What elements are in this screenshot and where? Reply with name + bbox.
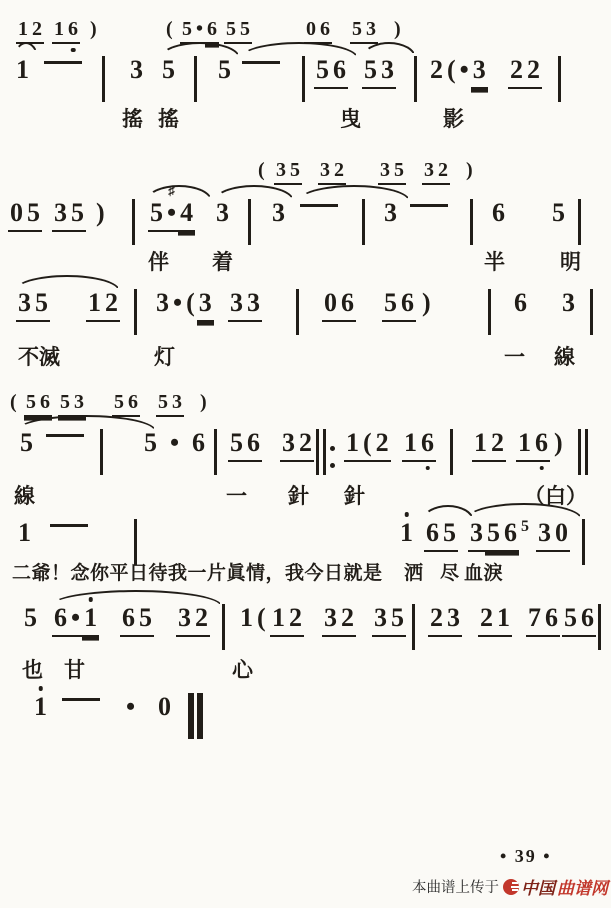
notation-row: 135556532(•322 [0,40,611,112]
note: ) [464,159,475,183]
octave-dot-below [425,466,430,471]
notation-row: 56•165321(12323523217656 [0,588,611,660]
dash-note [44,61,82,65]
note: 6 [331,56,348,89]
note-group: 56 [562,604,596,637]
lyric: 伴 [148,246,169,276]
note-group: ) [94,199,107,230]
note-group: 56 [314,56,348,89]
notation-row: 0535)5•♯433365 [0,183,611,255]
note-group [590,289,593,340]
note: 5 [228,429,245,462]
site-logo: 中国 曲谱网 [503,874,608,899]
note-group [558,56,561,107]
note: 1 [516,429,533,462]
note-group: 35 [16,289,50,322]
note-group: ( [256,159,267,183]
note-group [248,199,251,250]
note-group: 2(•3 [428,56,488,89]
note-group: 3 [128,56,145,87]
barline [470,199,473,250]
note: •♯ [165,199,178,232]
note-group: ) [88,18,99,42]
barline [362,199,365,250]
note-group: • [168,429,181,460]
note-group: 65 [120,604,154,637]
note-group [102,56,105,107]
note-group [44,429,86,447]
lyric: 搖 [158,103,179,133]
note-group [414,56,417,107]
note: 3 [372,604,389,637]
note: 3 [52,199,69,232]
note: 5 [142,429,159,460]
note: 3 [128,56,145,87]
note: 0 [156,693,173,724]
notation-row: 35123•(3330656)63 [0,273,611,345]
lyric: 線 [554,341,575,371]
spoken-text: 尽 [440,558,460,585]
note-group: 32 [322,604,356,637]
notation-row: 55•656321(2161216) [0,413,611,485]
octave-dot-above [404,512,409,517]
note-group: 1 [398,519,415,550]
note-group: 1(2 [344,429,391,462]
note: 5 [562,604,579,637]
note: 6 [512,289,529,320]
note-group: 3 [382,199,399,230]
upload-note: 本曲谱上传于 [412,876,499,897]
note: 6 [424,519,441,552]
lyric: 曳 [340,103,361,133]
note-group: 16 [516,429,550,462]
note-group: 53 [362,56,396,89]
barline [412,604,415,655]
note-group [578,199,581,250]
barline [134,289,137,340]
note: ) [392,18,403,42]
note-group: 5 [216,56,233,87]
note-group: 21 [478,604,512,637]
slur-arc [16,415,156,431]
lyric: 半 [484,246,505,276]
note-group [240,56,282,74]
note: • [124,693,137,724]
dash-note [242,61,280,65]
note: 6 [120,604,137,637]
note: 3 [536,519,553,552]
note: 2 [287,604,304,637]
barline [578,199,581,250]
barline [132,199,135,250]
note-group: ( [8,391,19,415]
barline [188,693,203,744]
note: 6 [502,519,519,552]
note-group [48,519,90,537]
note-group: 32 [176,604,210,637]
barline [222,604,225,655]
note-group: 6 [190,429,207,460]
note-group [470,199,473,250]
barline [102,56,105,107]
note: ( [255,604,268,635]
note: 5 [22,604,39,635]
lyric: 搖 [122,103,143,133]
lyric: 灯 [154,341,175,371]
octave-dot-above [88,597,93,602]
note: 5 [392,159,406,185]
note-group: 5 [142,429,159,460]
note: 3 [214,199,231,230]
note: 2 [339,604,356,637]
note-group: 32 [422,159,450,185]
note: 3 [378,159,392,185]
note: ( [445,56,458,87]
note: 6 [419,429,436,462]
note-group [134,289,137,340]
note-group [100,429,103,480]
note-group: ) [392,18,403,42]
barline [558,56,561,107]
note-group: 3 [560,289,577,320]
note-group [450,429,453,480]
note-group: 6 [512,289,529,320]
note: ) [198,391,209,415]
note: 4 [178,199,195,232]
note: 5 [25,199,42,232]
note: 6 [339,289,356,322]
note: 3 [270,199,287,230]
note-group: 30 [536,519,570,552]
note: 5 [160,56,177,87]
note-group [222,604,225,655]
note-group: 1( [238,604,268,635]
repeat-dots-icon [330,434,336,480]
note-group [60,693,102,711]
note: 6 [245,429,262,462]
note: ( [164,18,175,42]
note-group: 1 [32,693,49,724]
note: 3 [154,289,171,320]
note: 3 [16,289,33,322]
note: • [171,289,184,320]
barline [100,429,103,480]
barline [296,289,299,340]
barline [598,604,601,655]
site-name-rest: 曲谱网 [557,874,608,899]
note-group: 06 [322,289,356,322]
note-group: 5•♯4 [148,199,195,232]
note: 3 [228,289,245,322]
note-group: 12 [270,604,304,637]
dash-note [62,698,100,702]
note-group [488,289,491,340]
note: 3 [245,289,262,322]
note: 2 [103,289,120,322]
note: 2 [428,56,445,87]
note-group [214,429,217,480]
note: 3 [560,289,577,320]
note: 6 [399,289,416,322]
note: 5 [18,429,35,460]
note: 6 [579,604,596,637]
note-group [598,604,601,655]
barline [302,56,305,107]
lyric: 一 [504,341,525,371]
note: 3 [280,429,297,462]
note: ( [361,429,374,462]
note-group: 1 [14,56,31,87]
note-group: 5 [550,199,567,230]
note-group [194,56,197,107]
note-group: 5 [22,604,39,635]
note-group: 56 [228,429,262,462]
note: 6 [190,429,207,460]
note: 3 [422,159,436,185]
note-group: 6•1 [52,604,99,637]
note-group: ( [164,18,175,42]
barline [316,429,336,480]
dash-note [300,204,338,208]
note: 2 [374,429,391,462]
note: 2 [332,159,346,185]
note-group: 35 [52,199,86,232]
note: 1 [402,429,419,462]
dash-note [46,434,84,438]
note: 1 [398,519,415,550]
barline [488,289,491,340]
note: 5 [216,56,233,87]
note: 0 [322,289,339,322]
note-group: • [124,693,137,724]
score-page: 1216)(5•6550653)135556532(•322搖搖曳影(35323… [0,0,611,908]
note: 1 [14,56,31,87]
note: ( [256,159,267,183]
note: 0 [8,199,25,232]
note: 2 [508,56,525,89]
note-group: 35 [372,604,406,637]
note: 6 [52,604,69,637]
note-group: 12 [472,429,506,462]
dash-note [410,204,448,208]
note-group: 6 [490,199,507,230]
note-group: 3 [270,199,287,230]
note-group: 3•(3 [154,289,214,322]
note: 3 [176,604,193,637]
note: 5 [314,56,331,89]
note: 3 [445,604,462,637]
slur-arc [466,503,582,519]
page-number: • 39 • [500,846,552,867]
note-group: 5 [160,56,177,87]
upload-credit: 本曲谱上传于 中国 曲谱网 [412,874,608,899]
note: 2 [478,604,495,637]
note-group: 65 [424,519,458,552]
note-group: ) [420,289,433,320]
note: 5 [33,289,50,322]
notation-row: 1•0 [0,677,611,749]
note-group [188,693,203,744]
note: ) [94,199,107,230]
note: ) [420,289,433,320]
note: 1 [32,693,49,724]
note: 0 [553,519,570,552]
barline [214,429,217,480]
note: ( [184,289,197,320]
barline [414,56,417,107]
note: 1 [472,429,489,462]
note: 6 [490,199,507,230]
note-group: 35 [274,159,302,185]
lyric: 影 [443,103,464,133]
note-group [132,199,135,250]
site-logo-icon [503,879,519,895]
note-group [578,429,588,480]
note: 5 [389,604,406,637]
note: 5 [441,519,458,552]
barline [578,429,588,480]
note: 2 [436,159,450,185]
note: 6 [543,604,560,637]
octave-dot-below [539,466,544,471]
note: 2 [297,429,314,462]
note: 3 [274,159,288,185]
note-group [316,429,336,480]
note-group [302,56,305,107]
note-group: ) [464,159,475,183]
note-group [296,289,299,340]
note: • [69,604,82,637]
barline [590,289,593,340]
barline [194,56,197,107]
note-group: ) [552,429,565,460]
note: ( [8,391,19,415]
note-group: 32 [318,159,346,185]
note-group: 3 [214,199,231,230]
note: 5 [148,199,165,232]
note: • [458,56,471,87]
octave-dot-above [38,686,43,691]
note: 3 [382,199,399,230]
note: 5 [382,289,399,322]
note-group [362,199,365,250]
site-name-cn: 中国 [521,874,555,899]
sharp-icon: ♯ [168,184,175,197]
note: ) [88,18,99,42]
note: 6 [533,429,550,462]
spoken-text: 二爺！念你平日待我一片眞情，我今日就是 [12,558,383,585]
note: 2 [193,604,210,637]
note: 3 [318,159,332,185]
note: ) [552,429,565,460]
note-group [42,56,84,74]
note-group: 0 [156,693,173,724]
note: 7 [526,604,543,637]
note: 5 [520,519,530,537]
note-group: ) [198,391,209,415]
note-group: 05 [8,199,42,232]
note: 3 [379,56,396,89]
note-group: 35 [378,159,406,185]
note: 5 [137,604,154,637]
note-group: 22 [508,56,542,89]
note: 1 [86,289,103,322]
note-group: 56 [382,289,416,322]
note-group: 16 [402,429,436,462]
note: 3 [471,56,488,89]
note-group: 33 [228,289,262,322]
note: 2 [525,56,542,89]
barline [450,429,453,480]
note-group: 1 [16,519,33,550]
lyric: 明 [560,246,581,276]
spoken-text: 洒 [404,558,424,585]
note-group: 5 [520,519,530,554]
note: 5 [69,199,86,232]
note: 5 [288,159,302,185]
lyric: 不滅 [18,341,60,371]
note: 1 [270,604,287,637]
note-group: 76 [526,604,560,637]
note: 1 [238,604,255,635]
barline [248,199,251,250]
note: 3 [322,604,339,637]
note: 1 [495,604,512,637]
note-group: 5 [18,429,35,460]
note: 1 [16,519,33,550]
note: 3 [468,519,485,552]
note-group [298,199,340,217]
note: 1 [82,604,99,637]
note: 2 [428,604,445,637]
note: 5 [485,519,502,552]
note: 3 [197,289,214,322]
note: • [168,429,181,460]
note: 1 [344,429,361,462]
dash-note [50,524,88,528]
note: 5 [550,199,567,230]
lyric: 着 [212,246,233,276]
note-group: 23 [428,604,462,637]
note: 2 [489,429,506,462]
spoken-text: 血淚 [464,558,503,585]
note-group: 12 [86,289,120,322]
note-group: 356 [468,519,519,552]
note-group [408,199,450,217]
note-group [412,604,415,655]
note-group: 32 [280,429,314,462]
note: 5 [362,56,379,89]
